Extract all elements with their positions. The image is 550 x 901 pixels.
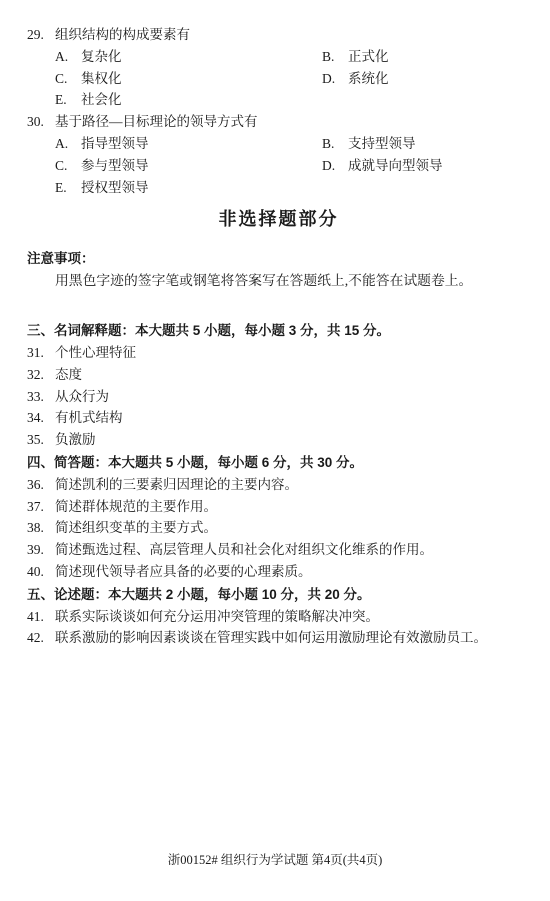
- item-40: 40.简述现代领导者应具备的必要的心理素质。: [27, 561, 530, 583]
- section-5-items: 41.联系实际谈谈如何充分运用冲突管理的策略解决冲突。 42.联系激励的影响因素…: [27, 606, 530, 650]
- item-35-number: 35.: [27, 429, 55, 451]
- item-31-text: 个性心理特征: [55, 342, 136, 364]
- option-spacer: [322, 89, 530, 111]
- option-29-d-label: D.: [322, 68, 348, 90]
- section-banner: 非选择题部分: [27, 206, 530, 232]
- item-36-number: 36.: [27, 474, 55, 496]
- option-30-b-text: 支持型领导: [348, 136, 416, 151]
- option-30-a: A.指导型领导: [55, 133, 322, 155]
- notice-heading: 注意事项：: [27, 248, 530, 270]
- item-32-text: 态度: [55, 364, 82, 386]
- question-29-number: 29.: [27, 24, 55, 46]
- item-38: 38.简述组织变革的主要方式。: [27, 517, 530, 539]
- item-41: 41.联系实际谈谈如何充分运用冲突管理的策略解决冲突。: [27, 606, 530, 628]
- option-30-a-label: A.: [55, 133, 81, 155]
- item-34: 34.有机式结构: [27, 407, 530, 429]
- item-42-text: 联系激励的影响因素谈谈在管理实践中如何运用激励理论有效激励员工。: [55, 627, 487, 649]
- item-36-text: 简述凯利的三要素归因理论的主要内容。: [55, 474, 298, 496]
- item-37-text: 简述群体规范的主要作用。: [55, 496, 217, 518]
- item-42: 42.联系激励的影响因素谈谈在管理实践中如何运用激励理论有效激励员工。: [27, 627, 530, 649]
- section-4-heading: 四、简答题：本大题共 5 小题，每小题 6 分，共 30 分。: [27, 452, 530, 474]
- option-29-c-text: 集权化: [81, 71, 122, 86]
- item-39: 39.简述甄选过程、高层管理人员和社会化对组织文化维系的作用。: [27, 539, 530, 561]
- item-33-number: 33.: [27, 386, 55, 408]
- option-29-a: A.复杂化: [55, 46, 322, 68]
- question-30-options: A.指导型领导 B.支持型领导 C.参与型领导 D.成就导向型领导 E.授权型领…: [55, 133, 530, 198]
- item-40-number: 40.: [27, 561, 55, 583]
- option-30-c-label: C.: [55, 155, 81, 177]
- option-29-c-label: C.: [55, 68, 81, 90]
- option-30-e-label: E.: [55, 177, 81, 199]
- page-footer: 浙00152# 组织行为学试题 第4页(共4页): [0, 851, 550, 869]
- option-29-a-label: A.: [55, 46, 81, 68]
- item-31: 31.个性心理特征: [27, 342, 530, 364]
- option-29-b-text: 正式化: [348, 49, 389, 64]
- option-29-c: C.集权化: [55, 68, 322, 90]
- question-30-stem: 基于路径—目标理论的领导方式有: [55, 111, 258, 133]
- option-29-a-text: 复杂化: [81, 49, 122, 64]
- item-37: 37.简述群体规范的主要作用。: [27, 496, 530, 518]
- section-3-items: 31.个性心理特征 32.态度 33.从众行为 34.有机式结构 35.负激励: [27, 342, 530, 451]
- item-32-number: 32.: [27, 364, 55, 386]
- item-33-text: 从众行为: [55, 386, 109, 408]
- item-34-text: 有机式结构: [55, 407, 123, 429]
- item-35: 35.负激励: [27, 429, 530, 451]
- item-33: 33.从众行为: [27, 386, 530, 408]
- option-30-a-text: 指导型领导: [81, 136, 149, 151]
- section-5-heading: 五、论述题：本大题共 2 小题，每小题 10 分，共 20 分。: [27, 584, 530, 606]
- item-41-text: 联系实际谈谈如何充分运用冲突管理的策略解决冲突。: [55, 606, 379, 628]
- item-42-number: 42.: [27, 627, 55, 649]
- option-29-b: B.正式化: [322, 46, 530, 68]
- option-30-c-text: 参与型领导: [81, 158, 149, 173]
- item-37-number: 37.: [27, 496, 55, 518]
- section-3-heading: 三、名词解释题：本大题共 5 小题，每小题 3 分，共 15 分。: [27, 320, 530, 342]
- exam-page: 29. 组织结构的构成要素有 A.复杂化 B.正式化 C.集权化 D.系统化 E…: [0, 0, 550, 901]
- option-30-b: B.支持型领导: [322, 133, 530, 155]
- question-30: 30. 基于路径—目标理论的领导方式有 A.指导型领导 B.支持型领导 C.参与…: [27, 111, 530, 198]
- item-39-number: 39.: [27, 539, 55, 561]
- item-35-text: 负激励: [55, 429, 96, 451]
- option-29-b-label: B.: [322, 46, 348, 68]
- item-41-number: 41.: [27, 606, 55, 628]
- option-30-b-label: B.: [322, 133, 348, 155]
- question-29-options: A.复杂化 B.正式化 C.集权化 D.系统化 E.社会化: [55, 46, 530, 111]
- notice-body: 用黑色字迹的签字笔或钢笔将答案写在答题纸上,不能答在试题卷上。: [55, 270, 530, 292]
- option-30-e-text: 授权型领导: [81, 180, 149, 195]
- option-spacer: [322, 177, 530, 199]
- item-31-number: 31.: [27, 342, 55, 364]
- option-29-d-text: 系统化: [348, 71, 389, 86]
- item-39-text: 简述甄选过程、高层管理人员和社会化对组织文化维系的作用。: [55, 539, 433, 561]
- option-29-e-label: E.: [55, 89, 81, 111]
- item-34-number: 34.: [27, 407, 55, 429]
- question-29-stem: 组织结构的构成要素有: [55, 24, 190, 46]
- option-30-d: D.成就导向型领导: [322, 155, 530, 177]
- question-29: 29. 组织结构的构成要素有 A.复杂化 B.正式化 C.集权化 D.系统化 E…: [27, 24, 530, 111]
- option-29-e: E.社会化: [55, 89, 322, 111]
- item-38-text: 简述组织变革的主要方式。: [55, 517, 217, 539]
- option-30-d-text: 成就导向型领导: [348, 158, 443, 173]
- option-30-c: C.参与型领导: [55, 155, 322, 177]
- option-29-e-text: 社会化: [81, 92, 122, 107]
- item-36: 36.简述凯利的三要素归因理论的主要内容。: [27, 474, 530, 496]
- section-4-items: 36.简述凯利的三要素归因理论的主要内容。 37.简述群体规范的主要作用。 38…: [27, 474, 530, 583]
- option-29-d: D.系统化: [322, 68, 530, 90]
- option-30-e: E.授权型领导: [55, 177, 322, 199]
- option-30-d-label: D.: [322, 155, 348, 177]
- item-40-text: 简述现代领导者应具备的必要的心理素质。: [55, 561, 312, 583]
- question-30-number: 30.: [27, 111, 55, 133]
- item-32: 32.态度: [27, 364, 530, 386]
- item-38-number: 38.: [27, 517, 55, 539]
